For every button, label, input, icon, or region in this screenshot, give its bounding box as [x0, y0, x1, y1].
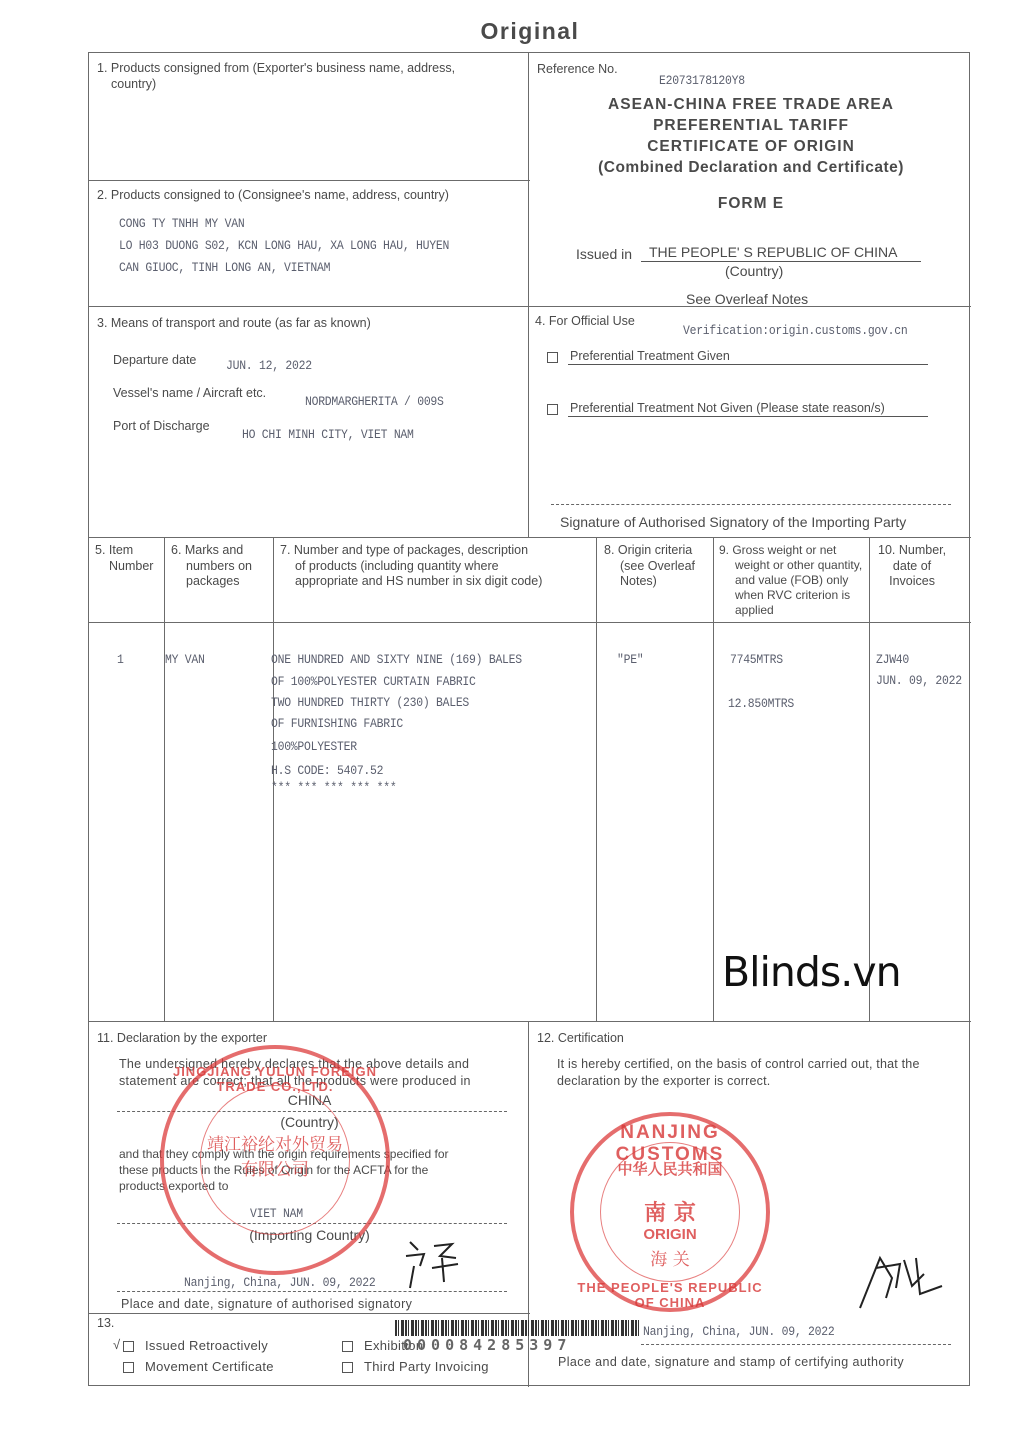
- verification-url: Verification:origin.customs.gov.cn: [683, 320, 907, 342]
- dashed-line: [641, 1344, 951, 1345]
- preferential-not-given-checkbox[interactable]: [547, 401, 558, 419]
- exhibition-checkbox[interactable]: [342, 1338, 353, 1356]
- box12-label: 12. Certification: [537, 1030, 624, 1046]
- departure-date: JUN. 12, 2022: [226, 355, 312, 377]
- certifier-place-date: Nanjing, China, JUN. 09, 2022: [643, 1321, 834, 1343]
- importing-signature-caption: Signature of Authorised Signatory of the…: [560, 514, 906, 530]
- barcode-number: 000084285397: [403, 1336, 571, 1354]
- third-party-invoicing-label: Third Party Invoicing: [364, 1359, 489, 1375]
- divider: [89, 1021, 971, 1022]
- title-line: PREFERENTIAL TARIFF: [530, 117, 972, 135]
- divider: [89, 622, 971, 623]
- country-caption: (Country): [725, 263, 783, 279]
- reference-number: E2073178120Y8: [659, 70, 745, 92]
- vessel-name: NORDMARGHERITA / 009S: [305, 391, 444, 413]
- certifier-signature: [850, 1238, 950, 1318]
- marks-numbers: MY VAN: [165, 649, 205, 671]
- stamp-customs-cn: 中华人民共和国: [580, 1158, 760, 1179]
- movement-certificate-checkbox[interactable]: [123, 1359, 134, 1377]
- header-origin-criteria: 8. Origin criteria (see Overleaf Notes): [604, 543, 695, 590]
- port-label: Port of Discharge: [113, 418, 210, 434]
- divider: [89, 306, 971, 307]
- issued-retroactively-checkbox[interactable]: [123, 1338, 134, 1356]
- form-name: FORM E: [530, 195, 972, 213]
- issued-in-label: Issued in: [576, 246, 632, 262]
- consignee-address: LO H03 DUONG S02, KCN LONG HAU, XA LONG …: [119, 235, 449, 257]
- description-line: 100%POLYESTER: [271, 736, 357, 758]
- exporter-signature-caption: Place and date, signature of authorised …: [121, 1296, 412, 1312]
- title-line: CERTIFICATE OF ORIGIN: [530, 138, 972, 156]
- box2-label: 2. Products consigned to (Consignee's na…: [97, 187, 449, 203]
- box13-label: 13.: [97, 1315, 114, 1331]
- invoice-date: JUN. 09, 2022: [876, 670, 962, 692]
- third-party-invoicing-checkbox[interactable]: [342, 1359, 353, 1377]
- title-line: ASEAN-CHINA FREE TRADE AREA: [530, 96, 972, 114]
- issued-retroactively-label: Issued Retroactively: [145, 1338, 268, 1354]
- check-mark-icon: √: [113, 1337, 120, 1353]
- origin-criteria: "PE": [617, 649, 643, 671]
- divider: [164, 537, 165, 1021]
- divider: [89, 180, 530, 181]
- stamp-origin: ORIGIN: [570, 1226, 770, 1243]
- divider: [713, 537, 714, 1021]
- certification-text: It is hereby certified, on the basis of …: [557, 1056, 920, 1072]
- watermark-logo: Blinds.vn: [722, 948, 901, 996]
- description-line: OF 100%POLYESTER CURTAIN FABRIC: [271, 671, 476, 693]
- overleaf-note: See Overleaf Notes: [686, 291, 808, 307]
- stamp-city-cn: 南 京: [570, 1196, 770, 1227]
- box1-label: 1. Products consigned from (Exporter's b…: [97, 60, 455, 76]
- issued-in-value: THE PEOPLE' S REPUBLIC OF CHINA: [641, 243, 921, 262]
- box4-label: 4. For Official Use: [535, 313, 635, 329]
- item-number: 1: [117, 649, 124, 671]
- departure-label: Departure date: [113, 352, 196, 368]
- quantity: 7745MTRS: [730, 649, 783, 671]
- movement-certificate-label: Movement Certificate: [145, 1359, 274, 1375]
- divider: [89, 537, 971, 538]
- certifier-signature-caption: Place and date, signature and stamp of c…: [558, 1354, 904, 1370]
- box11-label: 11. Declaration by the exporter: [97, 1030, 267, 1046]
- stamp-company-name: JINGJIANG YULUN FOREIGN TRADE CO.,LTD.: [160, 1064, 390, 1094]
- stamp-customs-cn-bottom: 海 关: [570, 1245, 770, 1270]
- consignee-name: CONG TY TNHH MY VAN: [119, 213, 244, 235]
- description-line: ONE HUNDRED AND SIXTY NINE (169) BALES: [271, 649, 522, 671]
- header-description: 7. Number and type of packages, descript…: [280, 543, 542, 590]
- box1-label-cont: country): [111, 76, 156, 92]
- certification-text: declaration by the exporter is correct.: [557, 1073, 770, 1089]
- stamp-country: THE PEOPLE'S REPUBLIC OF CHINA: [570, 1280, 770, 1310]
- port-of-discharge: HO CHI MINH CITY, VIET NAM: [242, 424, 414, 446]
- description-line: TWO HUNDRED THIRTY (230) BALES: [271, 692, 469, 714]
- divider: [89, 1313, 530, 1314]
- header-item-number: 5. Item Number: [95, 543, 153, 574]
- document-copy-label: Original: [0, 18, 1020, 45]
- header-invoice: 10. Number, date of Invoices: [878, 543, 946, 590]
- vessel-label: Vessel's name / Aircraft etc.: [113, 385, 266, 401]
- quantity: 12.850MTRS: [728, 693, 794, 715]
- description-terminator: *** *** *** *** ***: [271, 777, 396, 799]
- preferential-given-label: Preferential Treatment Given: [568, 348, 928, 365]
- description-line: OF FURNISHING FABRIC: [271, 713, 403, 735]
- header-quantity: 9. Gross weight or net weight or other q…: [719, 543, 862, 618]
- stamp-company-cn: 靖江裕纶对外贸易有限公司: [205, 1130, 345, 1180]
- divider: [596, 537, 597, 1021]
- barcode: [395, 1320, 640, 1336]
- exporter-signature: [400, 1232, 470, 1292]
- title-line: (Combined Declaration and Certificate): [530, 159, 972, 177]
- box3-label: 3. Means of transport and route (as far …: [97, 315, 371, 331]
- signature-line: [551, 504, 951, 505]
- header-marks: 6. Marks and numbers on packages: [171, 543, 252, 590]
- consignee-address: CAN GIUOC, TINH LONG AN, VIETNAM: [119, 257, 330, 279]
- reference-label: Reference No.: [537, 61, 618, 77]
- divider: [528, 53, 529, 537]
- invoice-number: ZJW40: [876, 649, 909, 671]
- preferential-not-given-label: Preferential Treatment Not Given (Please…: [568, 400, 928, 417]
- preferential-given-checkbox[interactable]: [547, 349, 558, 367]
